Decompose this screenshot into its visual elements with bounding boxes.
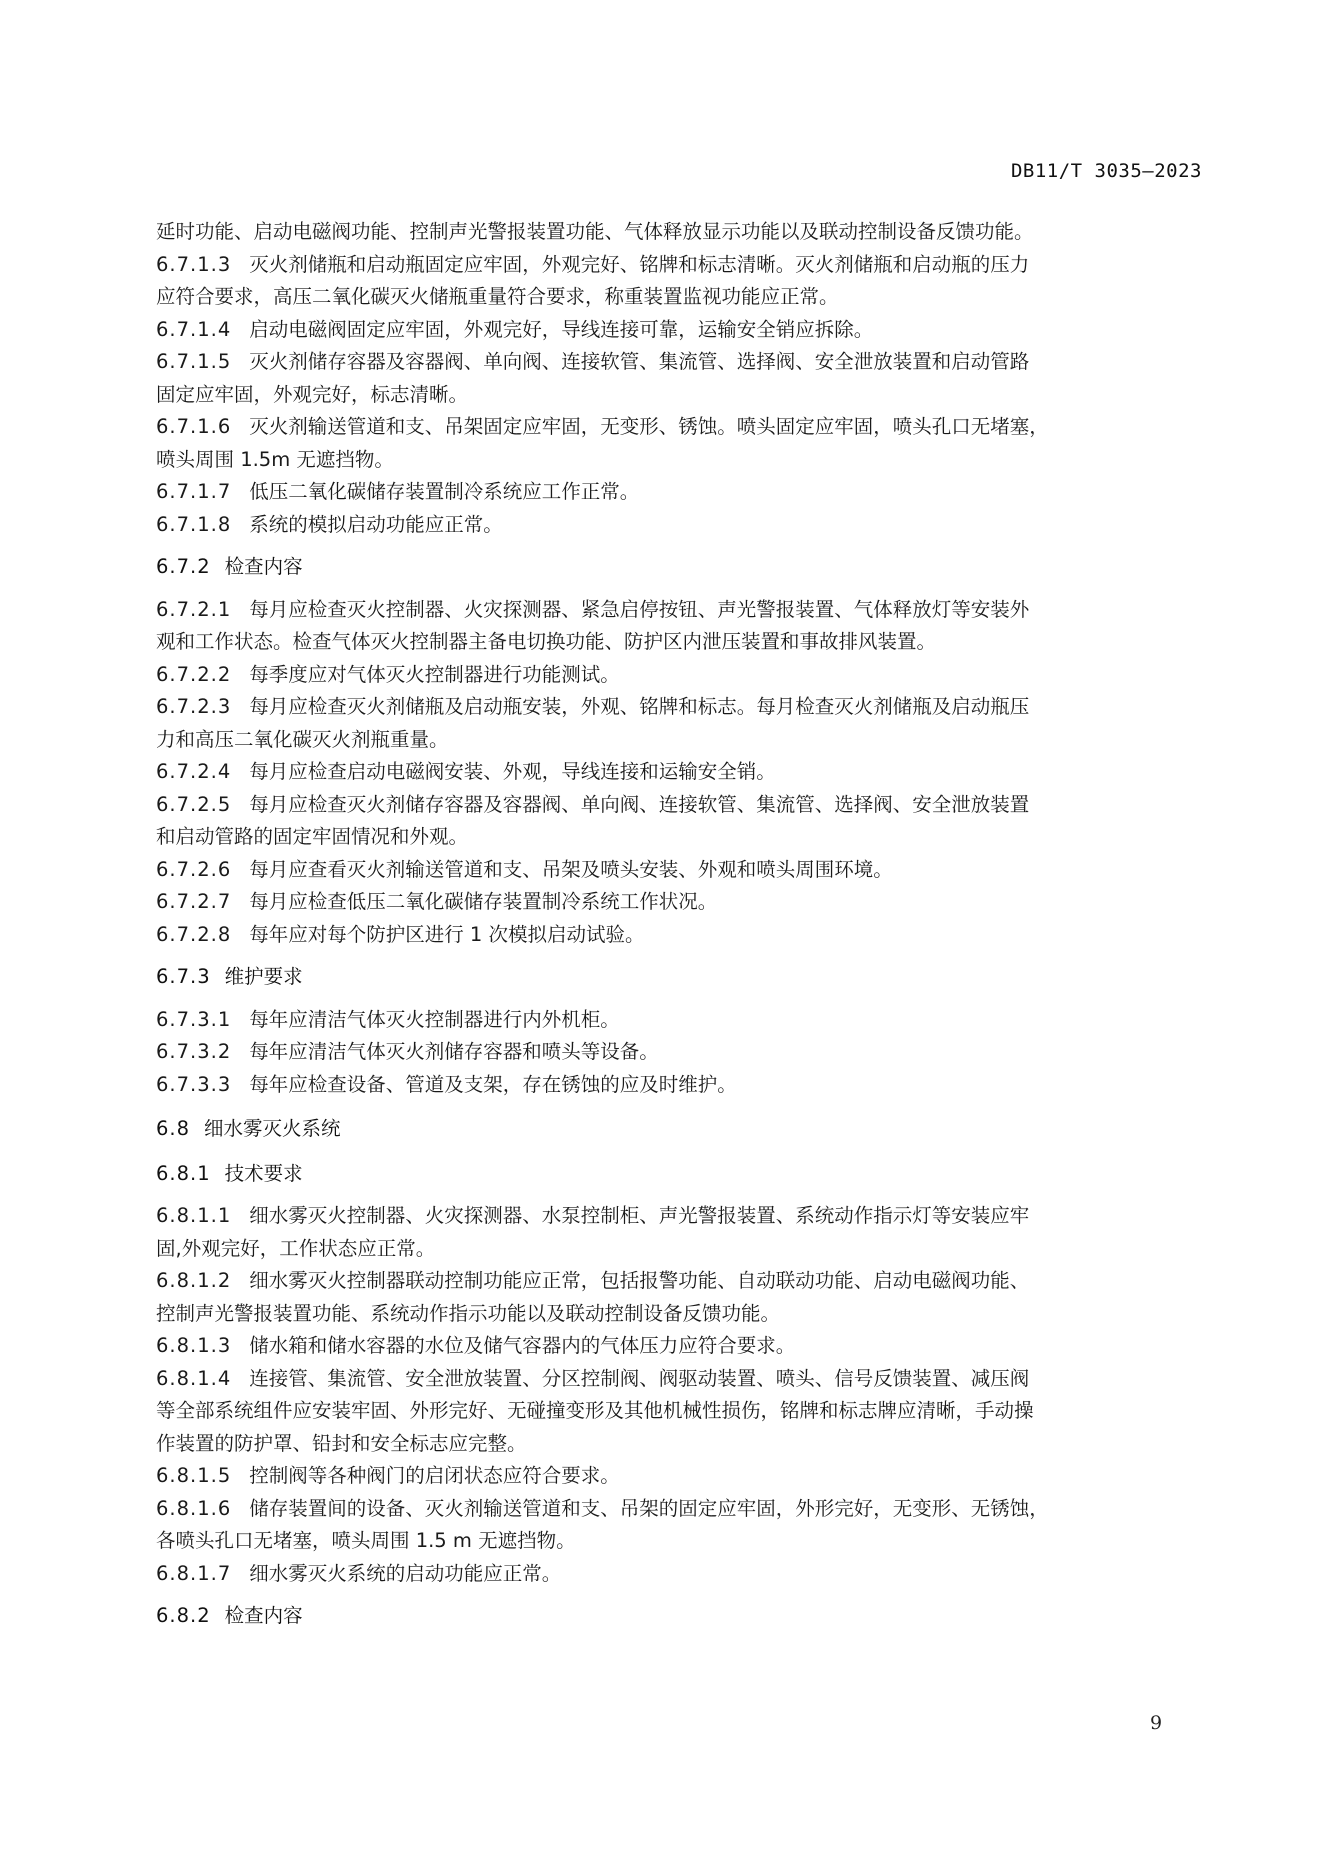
clause-item: 6.7.3.3每年应检查设备、管道及支架，存在锈蚀的应及时维护。 (156, 1069, 1206, 1102)
text-line: 延时功能、启动电磁阀功能、控制声光警报装置功能、气体释放显示功能以及联动控制设备… (156, 216, 1206, 249)
text-line: 6.7.1.7低压二氧化碳储存装置制冷系统应工作正常。 (156, 476, 1206, 509)
clause-item: 6.7.1.3灭火剂储瓶和启动瓶固定应牢固，外观完好、铭牌和标志清晰。灭火剂储瓶… (156, 249, 1206, 314)
clause-text: 各喷头孔口无堵塞，喷头周围 1.5 m 无遮挡物。 (156, 1529, 576, 1552)
clause-text: 每年应检查设备、管道及支架，存在锈蚀的应及时维护。 (249, 1073, 737, 1096)
clause-number: 6.7.2.8 (156, 919, 231, 952)
clause-number: 6.7.1.7 (156, 476, 231, 509)
text-line: 6.7.3.1每年应清洁气体灭火控制器进行内外机柜。 (156, 1004, 1206, 1037)
clause-item: 6.8.1.5控制阀等各种阀门的启闭状态应符合要求。 (156, 1460, 1206, 1493)
clause-number: 6.7.2.3 (156, 691, 231, 724)
clause-text: 每年应清洁气体灭火控制器进行内外机柜。 (249, 1008, 620, 1031)
clause-number: 6.7.1.8 (156, 509, 231, 542)
section-heading: 6.8.2检查内容 (156, 1600, 1206, 1633)
clause-text: 细水雾灭火系统的启动功能应正常。 (249, 1562, 561, 1585)
clause-item: 6.7.3.1每年应清洁气体灭火控制器进行内外机柜。 (156, 1004, 1206, 1037)
clause-number: 6.7.2.7 (156, 886, 231, 919)
text-line: 6.8.1.5控制阀等各种阀门的启闭状态应符合要求。 (156, 1460, 1206, 1493)
text-line: 6.7.1.4启动电磁阀固定应牢固，外观完好，导线连接可靠，运输安全销应拆除。 (156, 314, 1206, 347)
clause-number: 6.7.1.3 (156, 249, 231, 282)
clause-item: 6.7.1.8系统的模拟启动功能应正常。 (156, 509, 1206, 542)
text-line: 6.7.3.3每年应检查设备、管道及支架，存在锈蚀的应及时维护。 (156, 1069, 1206, 1102)
clause-number: 6.8.1.6 (156, 1493, 231, 1526)
clause-text: 和启动管路的固定牢固情况和外观。 (156, 825, 468, 848)
clause-number: 6.8.1.5 (156, 1460, 231, 1493)
section-title: 检查内容 (225, 1604, 303, 1627)
clause-text: 喷头周围 1.5m 无遮挡物。 (156, 448, 394, 471)
clause-text: 延时功能、启动电磁阀功能、控制声光警报装置功能、气体释放显示功能以及联动控制设备… (156, 220, 1034, 243)
clause-item: 6.7.3.2每年应清洁气体灭火剂储存容器和喷头等设备。 (156, 1036, 1206, 1069)
text-line: 和启动管路的固定牢固情况和外观。 (156, 821, 1206, 854)
clause-item: 6.7.2.7每月应检查低压二氧化碳储存装置制冷系统工作状况。 (156, 886, 1206, 919)
clause-item: 6.7.1.6灭火剂输送管道和支、吊架固定应牢固，无变形、锈蚀。喷头固定应牢固，… (156, 411, 1206, 476)
clause-number: 6.8.1.1 (156, 1200, 231, 1233)
clause-item: 6.7.2.5每月应检查灭火剂储存容器及容器阀、单向阀、连接软管、集流管、选择阀… (156, 789, 1206, 854)
clause-number: 6.7.3.1 (156, 1004, 231, 1037)
section-heading: 6.8细水雾灭火系统 (156, 1113, 1206, 1146)
clause-text: 等全部系统组件应安装牢固、外形完好、无碰撞变形及其他机械性损伤，铭牌和标志牌应清… (156, 1399, 1034, 1422)
clause-item: 6.8.1.4连接管、集流管、安全泄放装置、分区控制阀、阀驱动装置、喷头、信号反… (156, 1363, 1206, 1461)
text-line: 6.8.1.1细水雾灭火控制器、火灾探测器、水泵控制柜、声光警报装置、系统动作指… (156, 1200, 1206, 1233)
clause-number: 6.7.1.4 (156, 314, 231, 347)
document-page: DB11/T 3035—2023 延时功能、启动电磁阀功能、控制声光警报装置功能… (0, 0, 1322, 1871)
clause-text: 控制声光警报装置功能、系统动作指示功能以及联动控制设备反馈功能。 (156, 1302, 780, 1325)
text-line: 观和工作状态。检查气体灭火控制器主备电切换功能、防护区内泄压装置和事故排风装置。 (156, 626, 1206, 659)
clause-number: 6.7.1.5 (156, 346, 231, 379)
clause-text: 每月应检查灭火控制器、火灾探测器、紧急启停按钮、声光警报装置、气体释放灯等安装外 (249, 598, 1029, 621)
clause-item: 6.7.1.7低压二氧化碳储存装置制冷系统应工作正常。 (156, 476, 1206, 509)
clause-text: 低压二氧化碳储存装置制冷系统应工作正常。 (249, 480, 639, 503)
clause-text: 固定应牢固，外观完好，标志清晰。 (156, 383, 468, 406)
clause-item: 6.7.1.4启动电磁阀固定应牢固，外观完好，导线连接可靠，运输安全销应拆除。 (156, 314, 1206, 347)
clause-text: 固,外观完好，工作状态应正常。 (156, 1237, 435, 1260)
text-line: 力和高压二氧化碳灭火剂瓶重量。 (156, 724, 1206, 757)
clause-text: 灭火剂储瓶和启动瓶固定应牢固，外观完好、铭牌和标志清晰。灭火剂储瓶和启动瓶的压力 (249, 253, 1029, 276)
text-line: 控制声光警报装置功能、系统动作指示功能以及联动控制设备反馈功能。 (156, 1298, 1206, 1331)
clause-item: 6.8.1.3储水箱和储水容器的水位及储气容器内的气体压力应符合要求。 (156, 1330, 1206, 1363)
section-title: 技术要求 (225, 1162, 303, 1185)
clause-item: 6.7.1.5灭火剂储存容器及容器阀、单向阀、连接软管、集流管、选择阀、安全泄放… (156, 346, 1206, 411)
clause-number: 6.7.2.4 (156, 756, 231, 789)
text-line: 等全部系统组件应安装牢固、外形完好、无碰撞变形及其他机械性损伤，铭牌和标志牌应清… (156, 1395, 1206, 1428)
clause-number: 6.7.1.6 (156, 411, 231, 444)
section-number: 6.8.2 (156, 1600, 211, 1633)
text-line: 6.7.2.6每月应查看灭火剂输送管道和支、吊架及喷头安装、外观和喷头周围环境。 (156, 854, 1206, 887)
text-line: 6.7.2.8每年应对每个防护区进行 1 次模拟启动试验。 (156, 919, 1206, 952)
clause-number: 6.7.2.6 (156, 854, 231, 887)
clause-text: 每月应检查灭火剂储存容器及容器阀、单向阀、连接软管、集流管、选择阀、安全泄放装置 (249, 793, 1029, 816)
text-line: 固,外观完好，工作状态应正常。 (156, 1233, 1206, 1266)
clause-item: 6.7.2.3每月应检查灭火剂储瓶及启动瓶安装，外观、铭牌和标志。每月检查灭火剂… (156, 691, 1206, 756)
clause-text: 灭火剂储存容器及容器阀、单向阀、连接软管、集流管、选择阀、安全泄放装置和启动管路 (249, 350, 1029, 373)
clause-text: 每年应对每个防护区进行 1 次模拟启动试验。 (249, 923, 644, 946)
text-line: 6.8.1.6储存装置间的设备、灭火剂输送管道和支、吊架的固定应牢固，外形完好，… (156, 1493, 1206, 1526)
text-line: 6.7.1.8系统的模拟启动功能应正常。 (156, 509, 1206, 542)
clause-number: 6.8.1.7 (156, 1558, 231, 1591)
clause-number: 6.8.1.2 (156, 1265, 231, 1298)
clause-text: 每月应查看灭火剂输送管道和支、吊架及喷头安装、外观和喷头周围环境。 (249, 858, 893, 881)
standard-code-header: DB11/T 3035—2023 (1011, 160, 1202, 182)
text-line: 6.8.1.7细水雾灭火系统的启动功能应正常。 (156, 1558, 1206, 1591)
section-title: 维护要求 (225, 965, 303, 988)
clause-text: 作装置的防护罩、铅封和安全标志应完整。 (156, 1432, 527, 1455)
text-line: 6.8.1.3储水箱和储水容器的水位及储气容器内的气体压力应符合要求。 (156, 1330, 1206, 1363)
clause-text: 应符合要求，高压二氧化碳灭火储瓶重量符合要求，称重装置监视功能应正常。 (156, 285, 839, 308)
clause-item: 6.8.1.6储存装置间的设备、灭火剂输送管道和支、吊架的固定应牢固，外形完好，… (156, 1493, 1206, 1558)
text-line: 6.7.3.2每年应清洁气体灭火剂储存容器和喷头等设备。 (156, 1036, 1206, 1069)
clause-item: 6.7.2.1每月应检查灭火控制器、火灾探测器、紧急启停按钮、声光警报装置、气体… (156, 594, 1206, 659)
section-heading: 6.7.3维护要求 (156, 961, 1206, 994)
text-line: 喷头周围 1.5m 无遮挡物。 (156, 444, 1206, 477)
text-line: 6.7.2.7每月应检查低压二氧化碳储存装置制冷系统工作状况。 (156, 886, 1206, 919)
clause-text: 细水雾灭火控制器联动控制功能应正常，包括报警功能、自动联动功能、启动电磁阀功能、 (249, 1269, 1029, 1292)
text-line: 6.7.2.2每季度应对气体灭火控制器进行功能测试。 (156, 659, 1206, 692)
page-number: 9 (1150, 1712, 1162, 1734)
text-line: 6.7.2.5每月应检查灭火剂储存容器及容器阀、单向阀、连接软管、集流管、选择阀… (156, 789, 1206, 822)
clause-text: 储水箱和储水容器的水位及储气容器内的气体压力应符合要求。 (249, 1334, 795, 1357)
section-title: 细水雾灭火系统 (204, 1117, 341, 1140)
clause-text: 细水雾灭火控制器、火灾探测器、水泵控制柜、声光警报装置、系统动作指示灯等安装应牢 (249, 1204, 1029, 1227)
text-line: 6.7.2.3每月应检查灭火剂储瓶及启动瓶安装，外观、铭牌和标志。每月检查灭火剂… (156, 691, 1206, 724)
text-line: 6.7.1.3灭火剂储瓶和启动瓶固定应牢固，外观完好、铭牌和标志清晰。灭火剂储瓶… (156, 249, 1206, 282)
text-line: 6.7.1.5灭火剂储存容器及容器阀、单向阀、连接软管、集流管、选择阀、安全泄放… (156, 346, 1206, 379)
clause-text: 连接管、集流管、安全泄放装置、分区控制阀、阀驱动装置、喷头、信号反馈装置、减压阀 (249, 1367, 1029, 1390)
clause-text: 控制阀等各种阀门的启闭状态应符合要求。 (249, 1464, 620, 1487)
clause-number: 6.7.2.5 (156, 789, 231, 822)
clause-number: 6.7.3.2 (156, 1036, 231, 1069)
text-line: 作装置的防护罩、铅封和安全标志应完整。 (156, 1428, 1206, 1461)
clause-text: 每月应检查灭火剂储瓶及启动瓶安装，外观、铭牌和标志。每月检查灭火剂储瓶及启动瓶压 (249, 695, 1029, 718)
clause-number: 6.7.3.3 (156, 1069, 231, 1102)
clause-text: 每年应清洁气体灭火剂储存容器和喷头等设备。 (249, 1040, 659, 1063)
section-heading: 6.8.1技术要求 (156, 1158, 1206, 1191)
clause-number: 6.7.2.1 (156, 594, 231, 627)
section-number: 6.8 (156, 1113, 190, 1146)
text-line: 固定应牢固，外观完好，标志清晰。 (156, 379, 1206, 412)
clause-text: 灭火剂输送管道和支、吊架固定应牢固，无变形、锈蚀。喷头固定应牢固，喷头孔口无堵塞… (249, 415, 1049, 438)
clause-text: 储存装置间的设备、灭火剂输送管道和支、吊架的固定应牢固，外形完好，无变形、无锈蚀… (249, 1497, 1049, 1520)
clause-text: 启动电磁阀固定应牢固，外观完好，导线连接可靠，运输安全销应拆除。 (249, 318, 873, 341)
clause-item: 6.8.1.7细水雾灭火系统的启动功能应正常。 (156, 1558, 1206, 1591)
document-body: 延时功能、启动电磁阀功能、控制声光警报装置功能、气体释放显示功能以及联动控制设备… (156, 216, 1206, 1643)
text-line: 应符合要求，高压二氧化碳灭火储瓶重量符合要求，称重装置监视功能应正常。 (156, 281, 1206, 314)
clause-text: 力和高压二氧化碳灭火剂瓶重量。 (156, 728, 449, 751)
clause-text: 每月应检查低压二氧化碳储存装置制冷系统工作状况。 (249, 890, 717, 913)
clause-text: 每季度应对气体灭火控制器进行功能测试。 (249, 663, 620, 686)
text-line: 6.8.1.2细水雾灭火控制器联动控制功能应正常，包括报警功能、自动联动功能、启… (156, 1265, 1206, 1298)
clause-number: 6.8.1.3 (156, 1330, 231, 1363)
continued-paragraph: 延时功能、启动电磁阀功能、控制声光警报装置功能、气体释放显示功能以及联动控制设备… (156, 216, 1206, 249)
section-title: 检查内容 (225, 555, 303, 578)
text-line: 6.7.2.4每月应检查启动电磁阀安装、外观，导线连接和运输安全销。 (156, 756, 1206, 789)
clause-item: 6.8.1.2细水雾灭火控制器联动控制功能应正常，包括报警功能、自动联动功能、启… (156, 1265, 1206, 1330)
clause-item: 6.7.2.6每月应查看灭火剂输送管道和支、吊架及喷头安装、外观和喷头周围环境。 (156, 854, 1206, 887)
text-line: 各喷头孔口无堵塞，喷头周围 1.5 m 无遮挡物。 (156, 1525, 1206, 1558)
clause-text: 系统的模拟启动功能应正常。 (249, 513, 503, 536)
text-line: 6.8.1.4连接管、集流管、安全泄放装置、分区控制阀、阀驱动装置、喷头、信号反… (156, 1363, 1206, 1396)
clause-item: 6.7.2.2每季度应对气体灭火控制器进行功能测试。 (156, 659, 1206, 692)
clause-item: 6.7.2.8每年应对每个防护区进行 1 次模拟启动试验。 (156, 919, 1206, 952)
text-line: 6.7.1.6灭火剂输送管道和支、吊架固定应牢固，无变形、锈蚀。喷头固定应牢固，… (156, 411, 1206, 444)
clause-number: 6.7.2.2 (156, 659, 231, 692)
text-line: 6.7.2.1每月应检查灭火控制器、火灾探测器、紧急启停按钮、声光警报装置、气体… (156, 594, 1206, 627)
clause-item: 6.7.2.4每月应检查启动电磁阀安装、外观，导线连接和运输安全销。 (156, 756, 1206, 789)
section-number: 6.7.3 (156, 961, 211, 994)
clause-text: 每月应检查启动电磁阀安装、外观，导线连接和运输安全销。 (249, 760, 776, 783)
clause-text: 观和工作状态。检查气体灭火控制器主备电切换功能、防护区内泄压装置和事故排风装置。 (156, 630, 936, 653)
section-number: 6.7.2 (156, 551, 211, 584)
section-number: 6.8.1 (156, 1158, 211, 1191)
clause-number: 6.8.1.4 (156, 1363, 231, 1396)
section-heading: 6.7.2检查内容 (156, 551, 1206, 584)
clause-item: 6.8.1.1细水雾灭火控制器、火灾探测器、水泵控制柜、声光警报装置、系统动作指… (156, 1200, 1206, 1265)
